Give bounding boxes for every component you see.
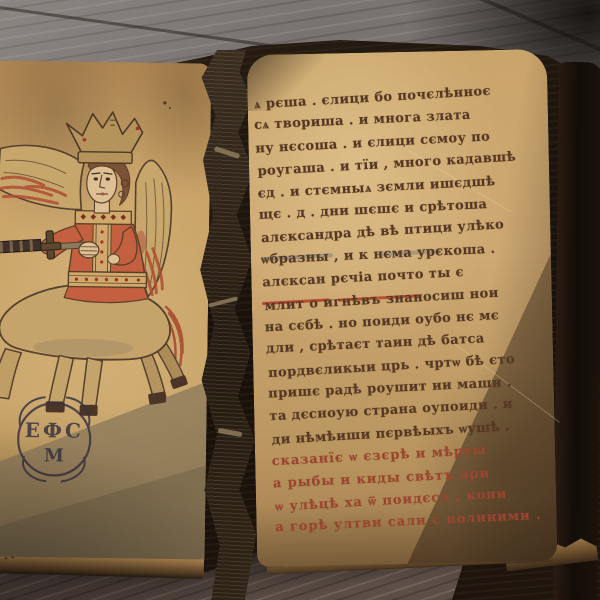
centaur-illustration: ЕФС М: [0, 61, 211, 560]
fist: [79, 242, 99, 258]
ink-speck: [163, 101, 166, 104]
right-page: ѧ рєша . єлици бо почєлѣнноє сѧ твориша …: [247, 49, 558, 567]
photo-of-open-manuscript: N: [0, 0, 600, 600]
monogram-top: ЕФС: [25, 418, 84, 443]
monogram-bottom: М: [44, 445, 64, 466]
crown: [66, 112, 143, 164]
horse-body: [0, 285, 190, 418]
ink-speck: [169, 107, 171, 109]
left-page: ЕФС М: [0, 61, 211, 560]
left-wing: [0, 145, 84, 210]
manuscript-text-block: ѧ рєша . єлици бо почєлѣнноє сѧ твориша …: [253, 79, 566, 541]
